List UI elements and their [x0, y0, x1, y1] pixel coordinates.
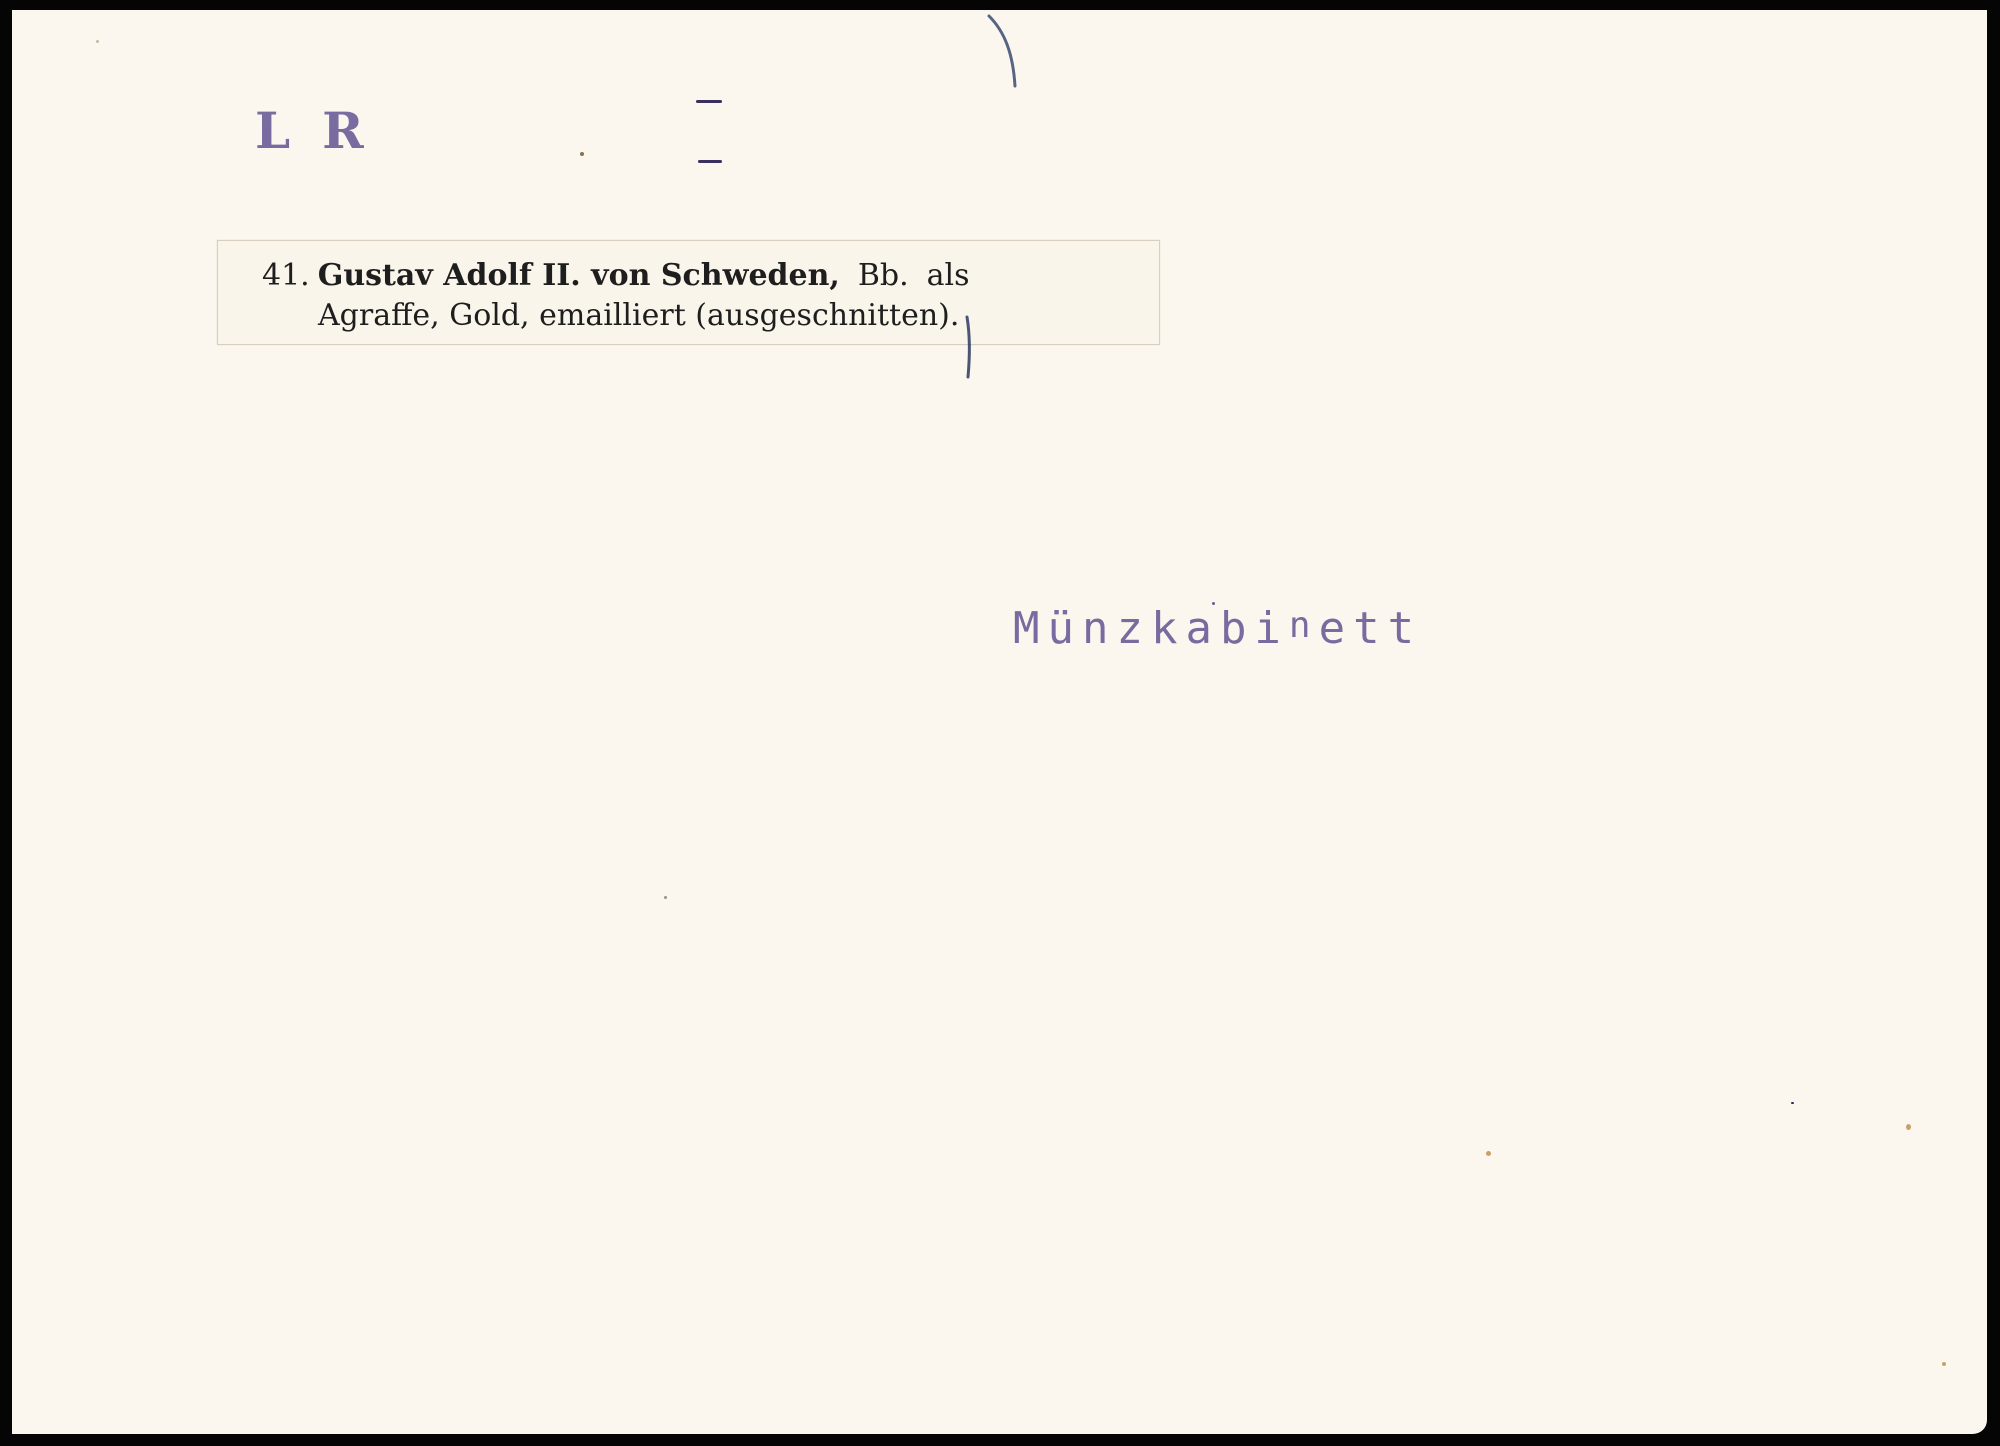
- scratch-mark-label: [962, 315, 982, 385]
- catalog-title: Gustav Adolf II. von Schweden,: [318, 258, 840, 293]
- initial-l: L: [255, 106, 290, 156]
- speck: [664, 896, 667, 899]
- ink-dot: [580, 152, 584, 156]
- catalog-label-slip: 41.Gustav Adolf II. von Schweden,Bb.als …: [217, 240, 1160, 345]
- speck: [1791, 1102, 1794, 1104]
- speck: [96, 40, 99, 43]
- speck: [1212, 602, 1215, 605]
- black-frame: L R 41.Gustav Adolf II. von Schweden,Bb.…: [0, 0, 2000, 1446]
- department-stamp-raised-letter: n: [1289, 605, 1319, 646]
- catalog-line1-end: als: [927, 258, 970, 293]
- catalog-number: 41.: [262, 258, 310, 293]
- tick-mark-top: [696, 100, 722, 103]
- label-line-1: 41.Gustav Adolf II. von Schweden,Bb.als: [262, 261, 970, 291]
- initials-stamp: L R: [255, 106, 364, 156]
- tick-mark-bottom: [698, 160, 722, 163]
- department-stamp: Münzkabinett: [1013, 607, 1422, 651]
- scratch-mark-top: [987, 14, 1027, 94]
- speck: [1942, 1362, 1946, 1366]
- department-stamp-main: Münzkabi: [1013, 603, 1289, 654]
- label-line-2: Agraffe, Gold, emailliert (ausgeschnitte…: [318, 301, 959, 331]
- initial-r: R: [322, 106, 364, 156]
- speck: [1486, 1151, 1491, 1156]
- mount-card: L R 41.Gustav Adolf II. von Schweden,Bb.…: [12, 10, 1987, 1434]
- department-stamp-end: ett: [1319, 603, 1422, 654]
- catalog-abbrev: Bb.: [858, 258, 909, 293]
- speck: [1906, 1124, 1911, 1130]
